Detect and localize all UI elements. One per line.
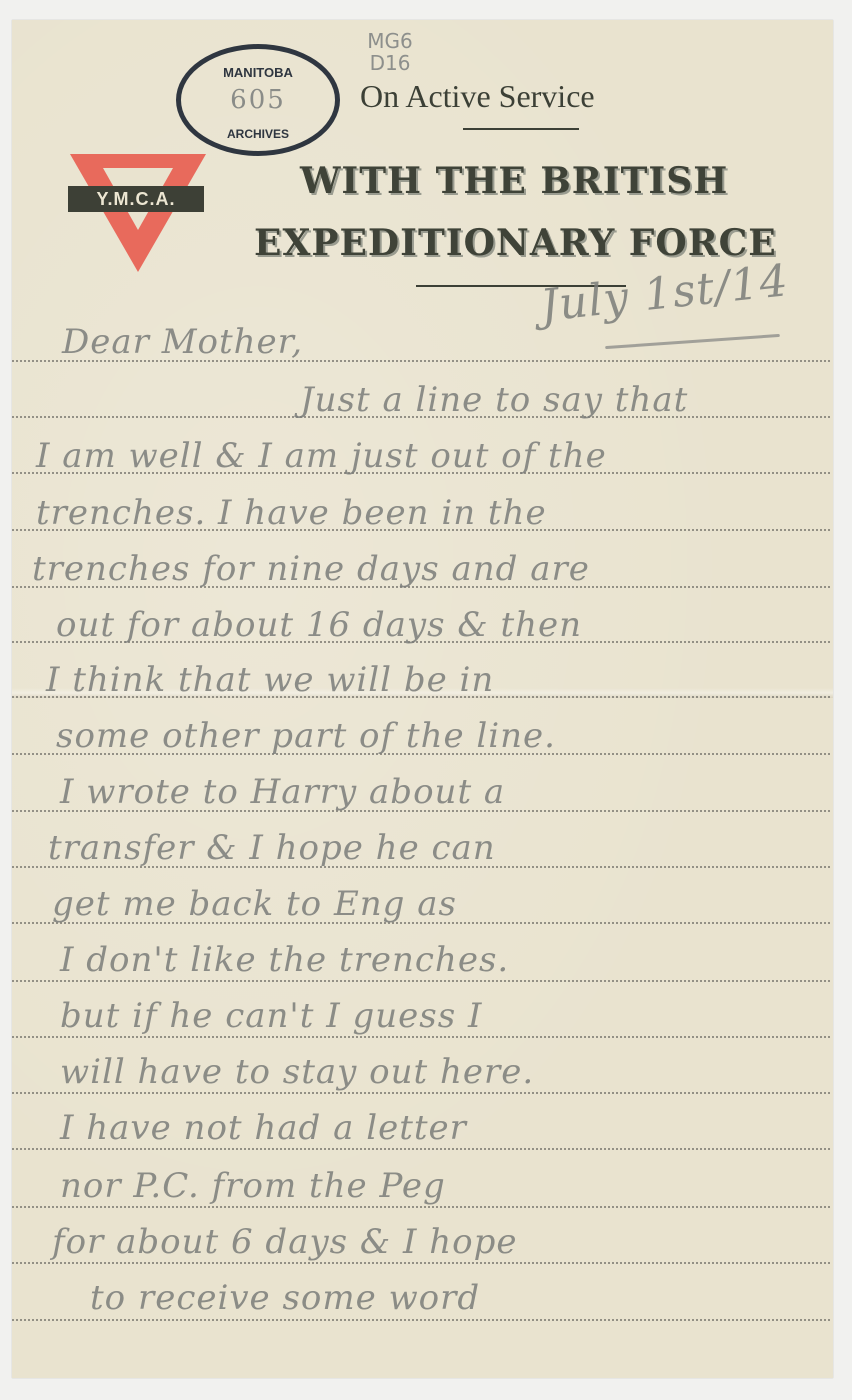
ruled-line <box>12 1148 830 1150</box>
salutation: Dear Mother, <box>62 322 303 362</box>
body-line: I don't like the trenches. <box>60 940 509 980</box>
stamp-bottom-text: ARCHIVES <box>181 127 335 141</box>
ruled-line <box>12 1206 830 1208</box>
archive-ref-line2: D16 <box>350 52 430 74</box>
body-line: will have to stay out here. <box>60 1052 534 1092</box>
archive-ref-line1: MG6 <box>350 30 430 52</box>
body-line: I have not had a letter <box>60 1108 467 1148</box>
ruled-line <box>12 1319 830 1321</box>
ymca-logo-text: Y.M.C.A. <box>68 186 204 212</box>
ruled-line <box>12 1036 830 1038</box>
body-line: I think that we will be in <box>46 660 494 700</box>
letterhead-title-line2: EXPEDITIONARY FORCE <box>254 222 777 264</box>
ruled-line <box>12 1262 830 1264</box>
body-line: trenches for nine days and are <box>32 549 590 589</box>
body-line: get me back to Eng as <box>52 884 457 924</box>
archive-reference: MG6 D16 <box>350 30 430 74</box>
body-line: out for about 16 days & then <box>56 605 582 645</box>
letterhead-title-line1: WITH THE BRITISH <box>300 160 728 202</box>
stamp-top-text: MANITOBA <box>181 65 335 80</box>
letterhead-divider <box>463 128 579 130</box>
body-line: I wrote to Harry about a <box>60 772 505 812</box>
body-line: but if he can't I guess I <box>60 996 482 1036</box>
body-line: I am well & I am just out of the <box>36 436 607 476</box>
letterhead-subtitle: On Active Service <box>360 78 595 115</box>
body-line: Just a line to say that <box>300 380 688 420</box>
body-line: trenches. I have been in the <box>36 493 547 533</box>
body-line: to receive some word <box>90 1278 480 1318</box>
ruled-line <box>12 980 830 982</box>
body-line: for about 6 days & I hope <box>52 1222 518 1262</box>
body-line: nor P.C. from the Peg <box>60 1166 446 1206</box>
body-line: some other part of the line. <box>56 716 556 756</box>
ruled-line <box>12 1092 830 1094</box>
manitoba-archives-stamp: MANITOBA 605 ARCHIVES <box>176 44 340 156</box>
stamp-number: 605 <box>181 85 335 115</box>
body-line: transfer & I hope he can <box>48 828 496 868</box>
